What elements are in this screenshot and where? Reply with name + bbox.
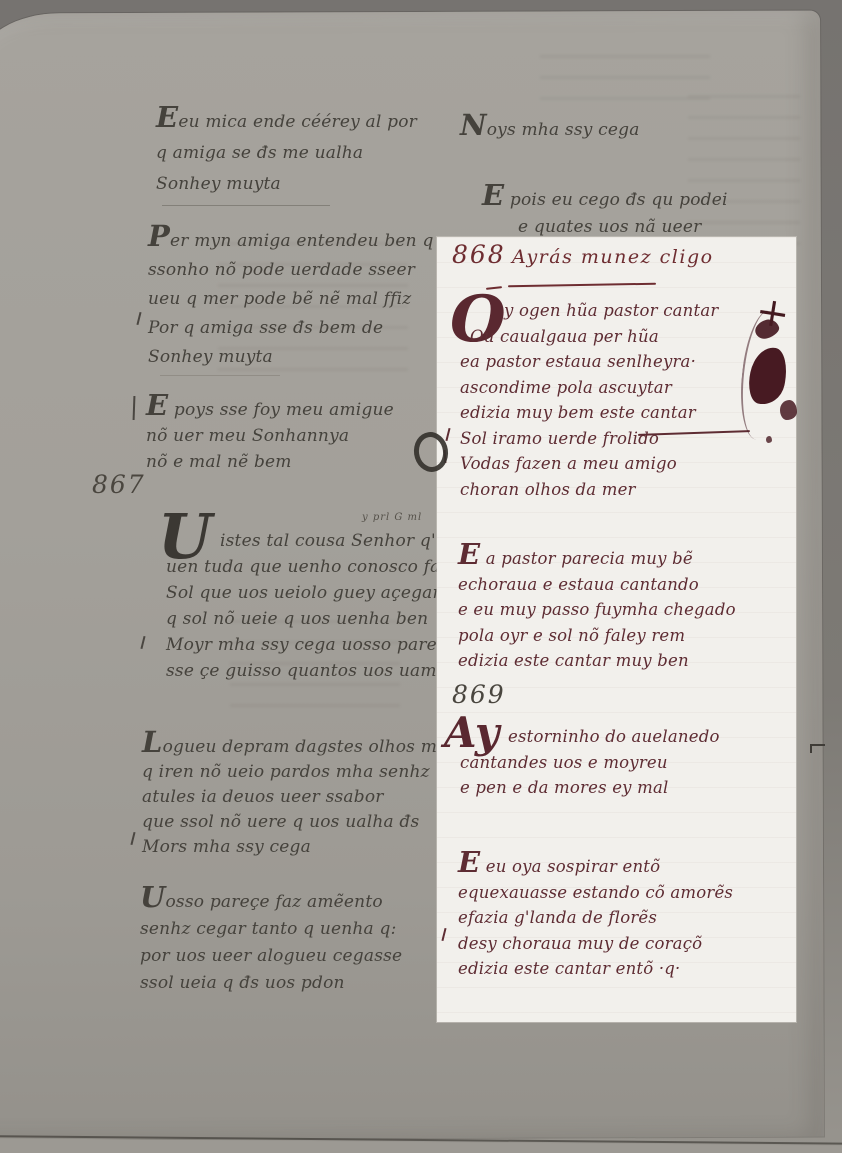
text-line: Logueu depram dagstes olhos meq xyxy=(142,730,458,760)
poem-stanza: E a pastor parecia muy bẽechoraua e esta… xyxy=(458,542,736,674)
text-line: q sol nõ ueie q uos uenha ben xyxy=(166,606,482,632)
text-line: ascondime pola ascuytar xyxy=(460,375,718,401)
text-line: E eu oya sospirar entõ xyxy=(458,850,733,880)
text-line: Sonhey muyta xyxy=(156,169,417,200)
text-line: Ou caualgaua per hũa xyxy=(470,324,718,350)
poem-stanza: Eeu mica ende céérey al porq amiga se đs… xyxy=(156,102,417,200)
rubric-title: Ayrás munez cligo xyxy=(512,246,714,268)
text-line: Sol que uos ueiolo guey açegar xyxy=(166,580,482,606)
poem-fiinda: E pois eu cego đs qu podeie quates uos n… xyxy=(482,182,728,241)
bleedthrough-smudge xyxy=(540,55,710,105)
interlinear-gloss: y prl G ml xyxy=(362,512,422,523)
text-line: Sonhey muyta xyxy=(148,343,434,372)
text-line: ssol ueia q đs uos pdon xyxy=(140,970,402,997)
folio-number-868: 868 xyxy=(452,240,506,269)
ink-blot xyxy=(780,400,797,420)
text-line: y ogen hũa pastor cantar xyxy=(504,298,718,324)
text-line: efazia g'landa de florẽs xyxy=(458,905,733,931)
text-line: Sol iramo uerde frolido xyxy=(460,426,718,452)
text-line: E pois eu cego đs qu podei xyxy=(482,182,728,214)
ink-blot xyxy=(766,436,772,443)
text-line: choran olhos da mer xyxy=(460,477,718,503)
text-line: Por q amiga sse đs bem de xyxy=(148,314,434,343)
poem-stanza: estorninho do auelanedocantandes uos e m… xyxy=(460,724,720,801)
ruling-line xyxy=(160,375,280,376)
text-line: Noys mha ssy cega xyxy=(460,112,640,144)
text-line: Per myn amiga entendeu ben q xyxy=(148,222,434,256)
text-line: equexauasse estando cõ amorẽs xyxy=(458,880,733,906)
text-line: por uos ueer alogueu cegasse xyxy=(140,943,402,970)
ruling-line xyxy=(162,205,330,206)
text-line: atules ia deuos ueer ssabor xyxy=(142,785,458,810)
text-line: sse çe guisso quantos uos uam ueer xyxy=(166,658,482,684)
poem-stanza: istes tal cousa Senhor q'mhauen tuda que… xyxy=(166,528,482,684)
text-line: edizia este cantar muy ben xyxy=(458,648,736,674)
text-line: Vodas fazen a meu amigo xyxy=(460,451,718,477)
text-line: senhz cegar tanto q uenha q: xyxy=(140,916,402,943)
manuscript-scan: Eeu mica ende céérey al porq amiga se đs… xyxy=(0,0,842,1153)
text-line: E a pastor parecia muy bẽ xyxy=(458,542,736,572)
text-line: edizia este cantar entõ ·q· xyxy=(458,956,733,982)
text-line: Uosso pareçe faz amẽento xyxy=(140,884,402,916)
poem-stanza: E eu oya sospirar entõequexauasse estand… xyxy=(458,850,733,982)
text-line: Eeu mica ende céérey al por xyxy=(156,102,417,138)
text-line: q iren nõ ueio pardos mha senhz xyxy=(142,760,458,785)
text-line: nõ e mal nẽ bem xyxy=(146,449,394,475)
text-line: ssonho nõ pode uerdade sseer xyxy=(148,256,434,285)
text-line: ea pastor estaua senlheyra· xyxy=(460,349,718,375)
text-line: desy choraua muy de coraçõ xyxy=(458,931,733,957)
text-line: e eu muy passo fuymha chegado xyxy=(458,597,736,623)
folio-number-867: 867 xyxy=(92,470,146,499)
text-line: nõ uer meu Sonhannya xyxy=(146,423,394,449)
text-line: estorninho do auelanedo xyxy=(508,724,720,750)
folio-number-869: 869 xyxy=(452,680,506,709)
text-line: Mors mha ssy cega xyxy=(142,835,458,860)
text-line: e pen e da mores ey mal xyxy=(460,775,720,801)
text-line: uen tuda que uenho conosco falar xyxy=(166,554,482,580)
text-line: edizia muy bem este cantar xyxy=(460,400,718,426)
text-line: que ssol nõ uere q uos ualha đs xyxy=(142,810,458,835)
refrain-line: Noys mha ssy cega xyxy=(460,112,640,144)
text-line: pola oyr e sol nõ faley rem xyxy=(458,623,736,649)
poem-stanza: Logueu depram dagstes olhos meqq iren nõ… xyxy=(142,730,458,860)
text-line: echoraua e estaua cantando xyxy=(458,572,736,598)
poem-stanza: E poys sse foy meu amiguenõ uer meu Sonh… xyxy=(146,392,394,475)
text-line: cantandes uos e moyreu xyxy=(460,750,720,776)
margin-mark xyxy=(810,744,825,753)
text-line: Moyr mha ssy cega uosso parecer xyxy=(166,632,482,658)
text-line: ueu q mer pode bẽ nẽ mal ffiz xyxy=(148,285,434,314)
text-line: q amiga se đs me ualha xyxy=(156,138,417,169)
text-line: E poys sse foy meu amigue xyxy=(146,392,394,423)
poem-stanza: Per myn amiga entendeu ben qssonho nõ po… xyxy=(148,222,434,372)
poem-stanza: y ogen hũa pastor cantarOu caualgaua per… xyxy=(460,298,718,502)
poem-stanza: Uosso pareçe faz amẽentosenhz cegar tant… xyxy=(140,884,402,997)
